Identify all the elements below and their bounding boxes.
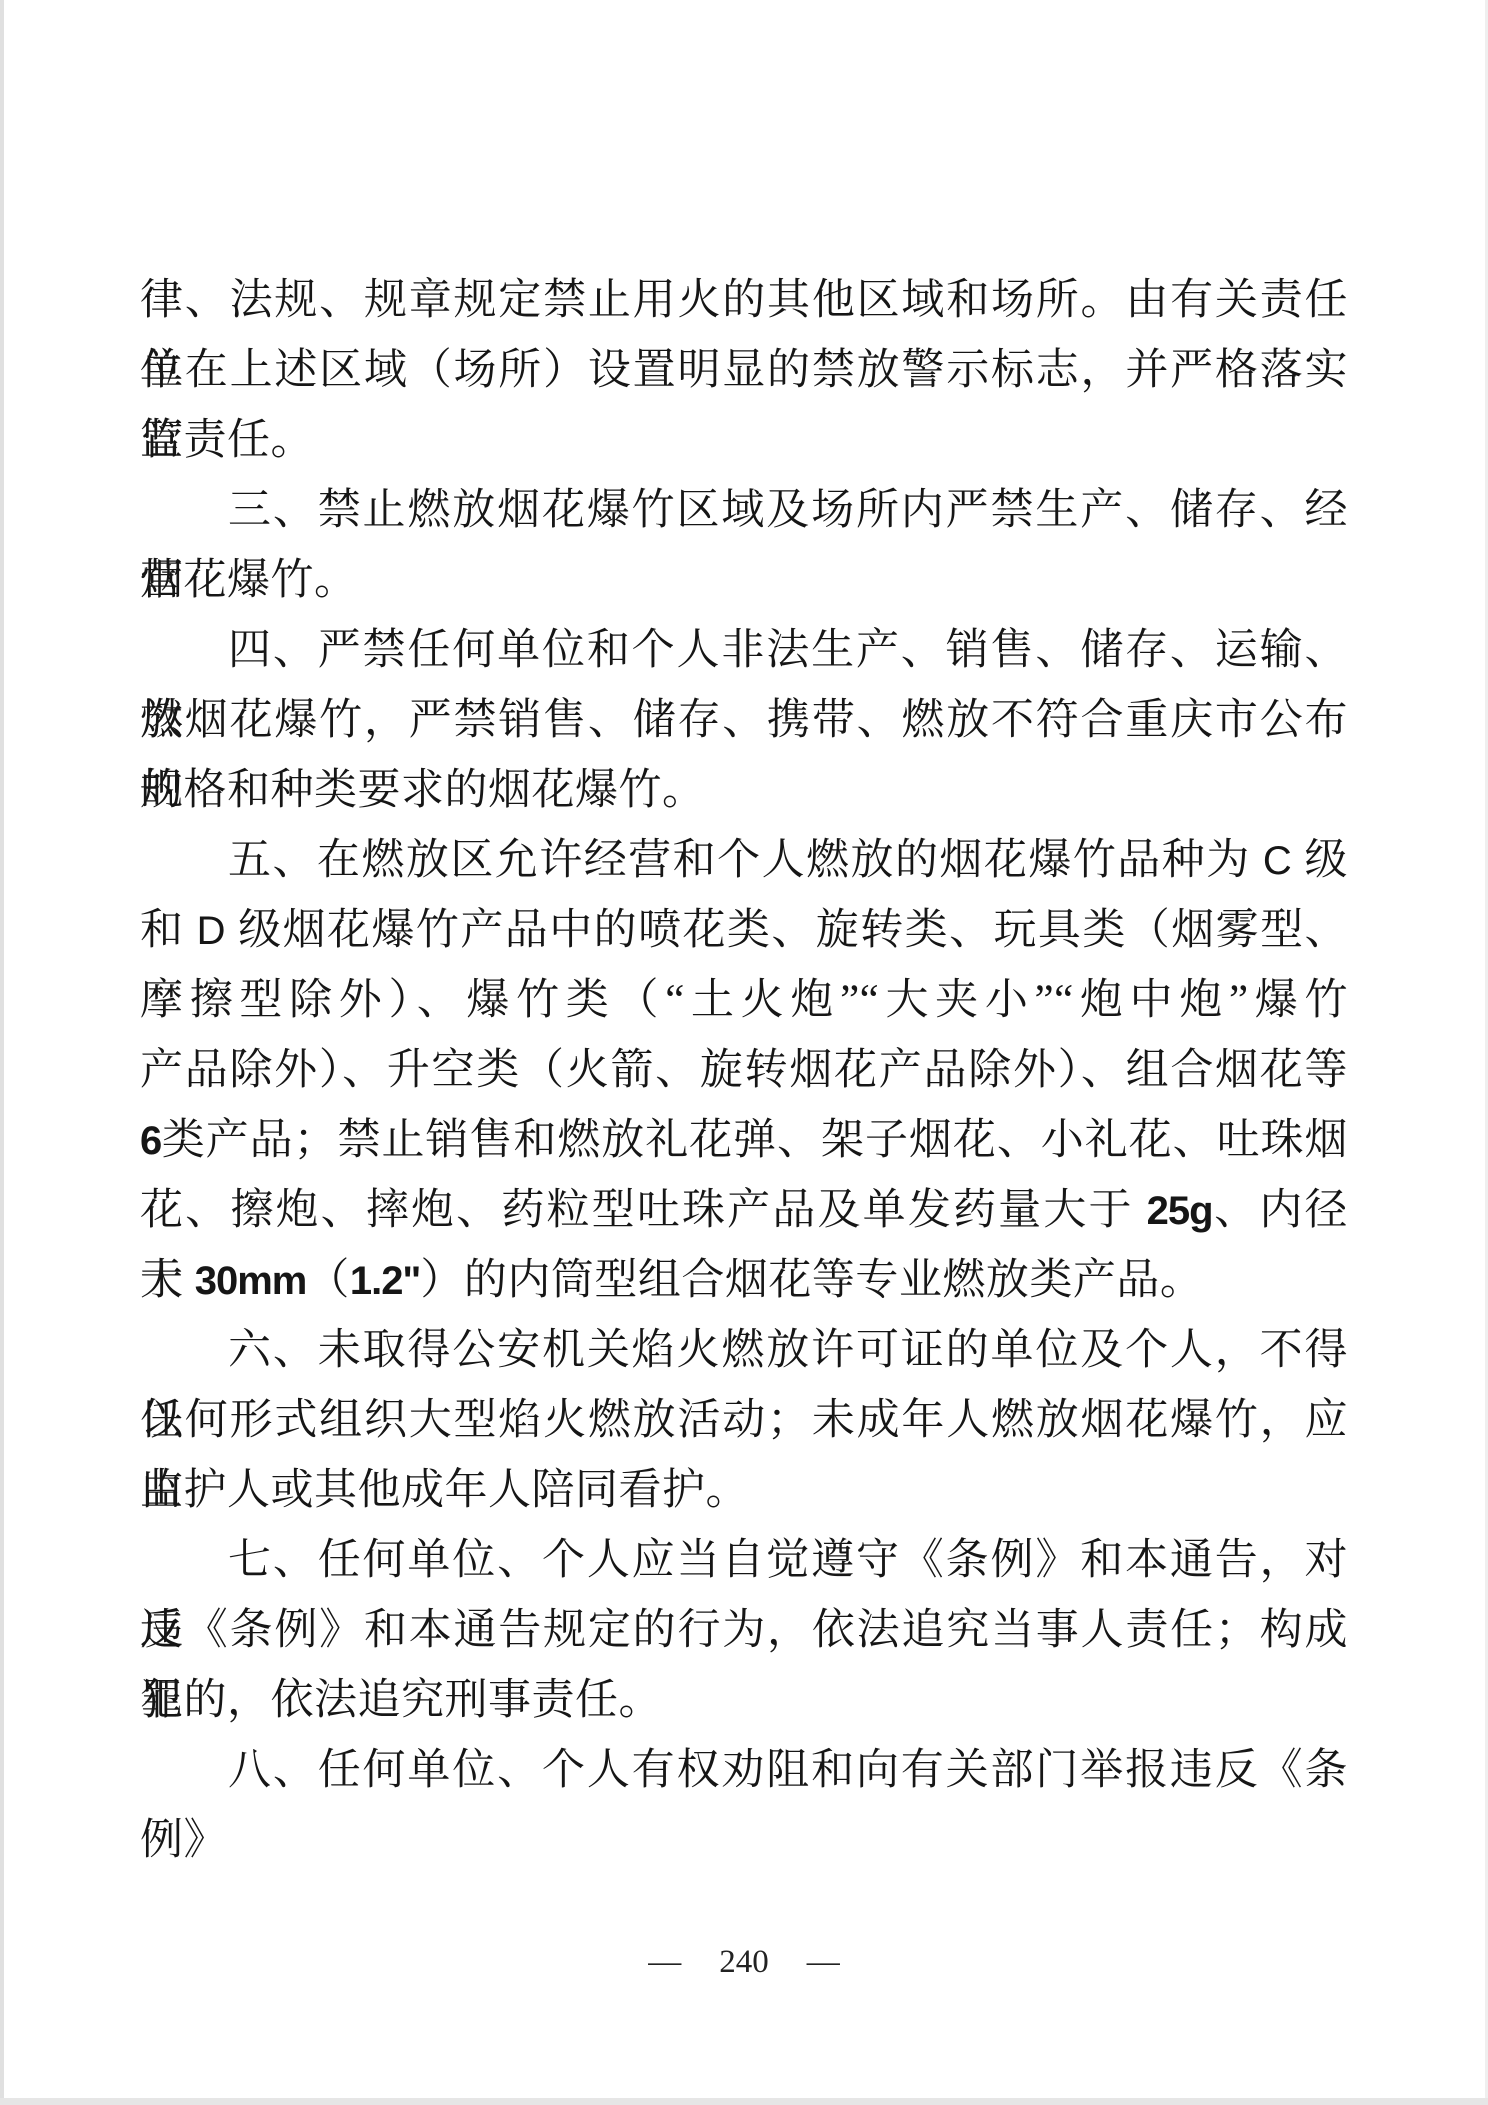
text-line: 任何形式组织大型焰火燃放活动；未成年人燃放烟花爆竹，应由: [140, 1386, 1348, 1456]
text-line: 烟花爆竹。: [140, 546, 1348, 616]
text-line: 监护人或其他成年人陪同看护。: [140, 1456, 1348, 1526]
page-number: 240: [719, 1944, 769, 1981]
text-line: 和 D 级烟花爆竹产品中的喷花类、旋转类、玩具类（烟雾型、: [140, 896, 1348, 966]
text-line: 位在上述区域（场所）设置明显的禁放警示标志，并严格落实监: [140, 336, 1348, 406]
text-line: 管责任。: [140, 406, 1348, 476]
document-body: 律、法规、规章规定禁止用火的其他区域和场所。由有关责任单位在上述区域（场所）设置…: [140, 266, 1348, 1806]
text-line: 摩擦型除外）、爆竹类（“土火炮”“大夹小”“炮中炮”爆竹: [140, 966, 1348, 1036]
page-edge-bottom: [0, 2098, 1488, 2105]
text-line: 罪的，依法追究刑事责任。: [140, 1666, 1348, 1736]
text-line: 三、禁止燃放烟花爆竹区域及场所内严禁生产、储存、经营: [140, 476, 1348, 546]
text-line: 产品除外）、升空类（火箭、旋转烟花产品除外）、组合烟花等: [140, 1036, 1348, 1106]
text-line: 五、在燃放区允许经营和个人燃放的烟花爆竹品种为 C 级: [140, 826, 1348, 896]
text-line: 六、未取得公安机关焰火燃放许可证的单位及个人，不得以: [140, 1316, 1348, 1386]
latin-text: 1.2": [350, 1259, 421, 1303]
text-line: 于 30mm（1.2"）的内筒型组合烟花等专业燃放类产品。: [140, 1246, 1348, 1316]
latin-text: D: [197, 909, 226, 953]
text-line: 七、任何单位、个人应当自觉遵守《条例》和本通告，对违: [140, 1526, 1348, 1596]
latin-text: 30mm: [195, 1259, 307, 1303]
footer-left-dash: —: [648, 1944, 681, 1981]
text-line: 放烟花爆竹，严禁销售、储存、携带、燃放不符合重庆市公布的: [140, 686, 1348, 756]
page-footer: — 240 —: [0, 1944, 1488, 1981]
text-line: 律、法规、规章规定禁止用火的其他区域和场所。由有关责任单: [140, 266, 1348, 336]
latin-text: 6: [140, 1119, 161, 1163]
text-line: 四、严禁任何单位和个人非法生产、销售、储存、运输、燃: [140, 616, 1348, 686]
footer-right-dash: —: [807, 1944, 840, 1981]
latin-text: 25g: [1147, 1189, 1213, 1233]
latin-text: C: [1263, 839, 1292, 883]
text-line: 6类产品；禁止销售和燃放礼花弹、架子烟花、小礼花、吐珠烟: [140, 1106, 1348, 1176]
text-line: 规格和种类要求的烟花爆竹。: [140, 756, 1348, 826]
text-line: 花、擦炮、摔炮、药粒型吐珠产品及单发药量大于 25g、内径大: [140, 1176, 1348, 1246]
text-line: 八、任何单位、个人有权劝阻和向有关部门举报违反《条例》: [140, 1736, 1348, 1806]
text-line: 反《条例》和本通告规定的行为，依法追究当事人责任；构成犯: [140, 1596, 1348, 1666]
page-edge-left: [0, 0, 4, 2105]
